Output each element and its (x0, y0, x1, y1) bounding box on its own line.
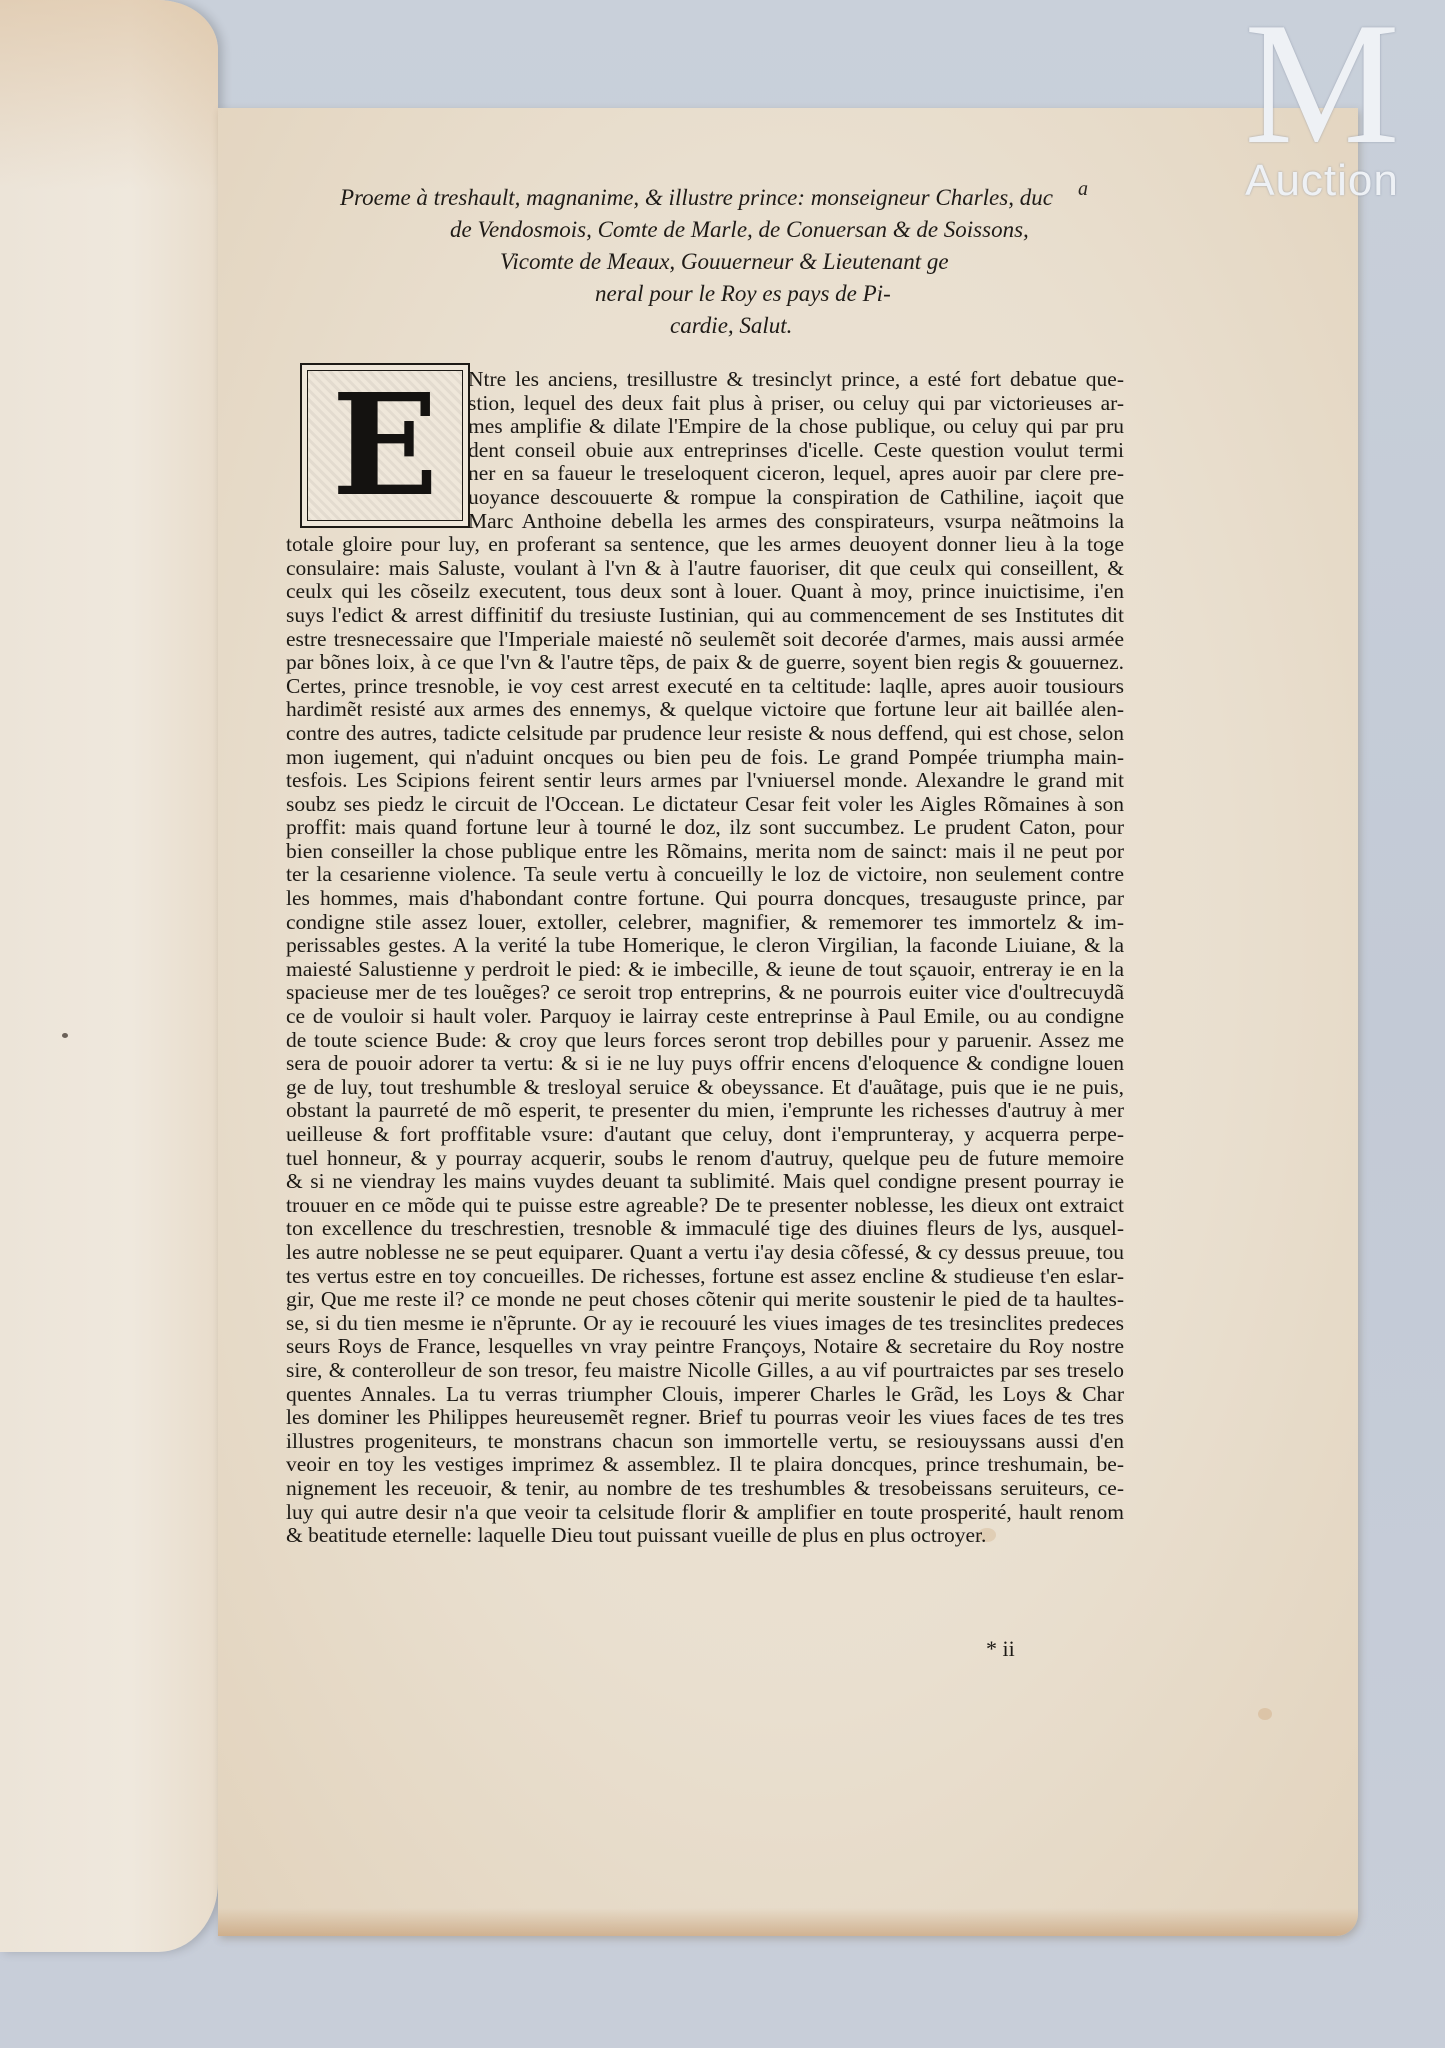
body-line: tuel honneur, & y pourray acquerir, soub… (286, 1147, 1124, 1171)
body-line: mes amplifie & dilate l'Empire de la cho… (468, 415, 1124, 439)
body-line: nignement les receuoir, & tenir, au nomb… (286, 1477, 1124, 1501)
body-line: veoir en toy les vestiges imprimez & ass… (286, 1453, 1124, 1477)
auction-watermark-logo: M Auction (1222, 8, 1422, 204)
heading-line: de Vendosmois, Comte de Marle, de Conuer… (450, 214, 1090, 246)
heading-line: neral pour le Roy es pays de Pi- (595, 278, 1090, 310)
body-line: seurs Roys de France, lesquelles vn vray… (286, 1335, 1124, 1359)
body-line: les hommes, mais d'habondant contre fort… (286, 887, 1124, 911)
body-line: sire, & conterolleur de son tresor, feu … (286, 1359, 1124, 1383)
body-line: les dominer les Philippes heureusemẽt re… (286, 1406, 1124, 1430)
body-line: stion, lequel des deux fait plus à prise… (468, 392, 1124, 416)
watermark-brand: Auction (1222, 158, 1422, 204)
page-bottom-edge-stain (218, 1908, 1358, 1936)
signature-footer: * ii (986, 1636, 1015, 1662)
verso-foxing (0, 0, 218, 190)
body-line: consulaire: mais Saluste, voulant à l'vn… (286, 557, 1124, 581)
body-line: suys l'edict & arrest diffinitif du tres… (286, 604, 1124, 628)
body-line: tes vertus estre en toy concueilles. De … (286, 1265, 1124, 1289)
body-line: de toute science Bude: & croy que leurs … (286, 1029, 1124, 1053)
body-line: Marc Anthoine debella les armes des cons… (468, 510, 1124, 534)
body-line: condigne stile assez louer, extoller, ce… (286, 911, 1124, 935)
body-line: trouuer en ce mõde qui te puisse estre a… (286, 1194, 1124, 1218)
body-line: les autre noblesse ne se peut equiparer.… (286, 1241, 1124, 1265)
body-line: & si ne viendray les mains vuydes deuant… (286, 1170, 1124, 1194)
body-line: ter la cesarienne violence. Ta seule ver… (286, 863, 1124, 887)
body-line: uoyance descouuerte & rompue la conspira… (468, 486, 1124, 510)
foxing-spot (1258, 1708, 1272, 1720)
body-line: soubz ses piedz le circuit de l'Occean. … (286, 793, 1124, 817)
body-line: dent conseil obuie aux entreprinses d'ic… (468, 439, 1124, 463)
proem-body: Ntre les anciens, tresillustre & tresinc… (286, 368, 1124, 1548)
body-line: maiesté Salustienne y perdroit le pied: … (286, 958, 1124, 982)
body-line: tesfois. Les Scipions feirent sentir leu… (286, 769, 1124, 793)
body-line: ge de luy, tout treshumble & tresloyal s… (286, 1076, 1124, 1100)
body-line: totale gloire pour luy, en proferant sa … (286, 533, 1124, 557)
watermark-letter: M (1222, 8, 1422, 158)
body-line: perissables gestes. A la verité la tube … (286, 934, 1124, 958)
heading-line: Vicomte de Meaux, Gouuerneur & Lieutenan… (500, 246, 1090, 278)
body-line: ce de vouloir si hault voler. Parquoy ie… (286, 1005, 1124, 1029)
body-line: obstant la paurreté de mõ esperit, te pr… (286, 1099, 1124, 1123)
body-line: se, si du tien mesme ie n'ẽprunte. Or ay… (286, 1312, 1124, 1336)
body-line: ueilleuse & fort proffitable vsure: d'au… (286, 1123, 1124, 1147)
body-line: contre des autres, tadicte celsitude par… (286, 722, 1124, 746)
body-line: par bõnes loix, à ce que l'vn & l'autre … (286, 651, 1124, 675)
body-line: Ntre les anciens, tresillustre & tresinc… (468, 368, 1124, 392)
body-line: & beatitude eternelle: laquelle Dieu tou… (286, 1524, 1124, 1548)
body-line: quentes Annales. La tu verras triumpher … (286, 1383, 1124, 1407)
body-line: ton excellence du treschrestien, tresnob… (286, 1217, 1124, 1241)
heading-line: Proeme à treshault, magnanime, & illustr… (340, 182, 1090, 214)
heading-line: cardie, Salut. (670, 310, 1090, 342)
body-line: illustres progeniteurs, te monstrans cha… (286, 1430, 1124, 1454)
body-line: gir, Que me reste il? ce monde ne peut c… (286, 1288, 1124, 1312)
verso-ink-spot (62, 1033, 68, 1038)
body-line: mon iugement, qui n'aduint oncques ou bi… (286, 746, 1124, 770)
body-line: sera de pouoir adorer ta vertu: & si ie … (286, 1052, 1124, 1076)
body-line: spacieuse mer de tes louẽges? ce seroit … (286, 981, 1124, 1005)
proem-heading: Proeme à treshault, magnanime, & illustr… (330, 182, 1090, 342)
body-line: bien conseiller la chose publique entre … (286, 840, 1124, 864)
body-line: luy qui autre desir n'a que veoir ta cel… (286, 1501, 1124, 1525)
body-line: ner en sa faueur le treseloquent ciceron… (468, 462, 1124, 486)
body-line: Certes, prince tresnoble, ie voy cest ar… (286, 675, 1124, 699)
body-line: estre tresnecessaire que l'Imperiale mai… (286, 628, 1124, 652)
body-line: ceulx qui les cõseilz executent, tous de… (286, 580, 1124, 604)
body-line: proffit: mais quand fortune leur à tourn… (286, 816, 1124, 840)
body-line: hardimẽt resisté aux armes des ennemys, … (286, 698, 1124, 722)
left-page-verso (0, 0, 218, 1952)
